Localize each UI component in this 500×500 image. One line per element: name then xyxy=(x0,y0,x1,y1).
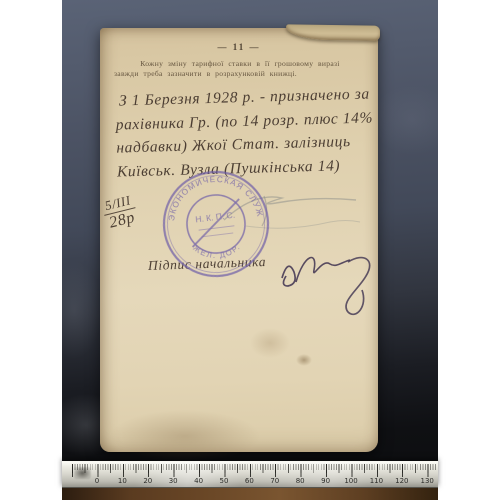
wood-table-strip xyxy=(62,488,438,500)
ruler-number: 60 xyxy=(245,477,254,485)
ruler-number: 80 xyxy=(296,477,305,485)
ruler-number: 10 xyxy=(118,477,127,485)
document-page: — 11 — Кожну зміну тарифної ставки в її … xyxy=(100,28,378,452)
ruler-ticks xyxy=(62,464,438,478)
paper-stain xyxy=(296,354,312,366)
ruler-number: 90 xyxy=(321,477,330,485)
ruler-number: 20 xyxy=(143,477,152,485)
printed-note-line2: завжди треба зазначити в розрахунковій к… xyxy=(112,69,368,79)
ruler-number: 70 xyxy=(270,477,279,485)
stamp-center-text: Н. К. П. С. xyxy=(195,210,236,225)
ruler-number: 100 xyxy=(344,477,357,485)
paper-stain xyxy=(250,328,290,358)
ruler-number: 0 xyxy=(95,477,99,485)
ruler-number: 30 xyxy=(169,477,178,485)
printed-note-line1: Кожну зміну тарифної ставки в її грошово… xyxy=(112,59,368,69)
ruler-number: 110 xyxy=(370,477,383,485)
ruler-number: 50 xyxy=(220,477,229,485)
ruler-number: 120 xyxy=(395,477,408,485)
ruler-number: 130 xyxy=(421,477,434,485)
paper-corner-curl xyxy=(286,24,380,40)
ruler: 0 10 20 30 40 50 60 70 80 90 100 110 120… xyxy=(62,461,438,488)
paper-stain xyxy=(110,410,260,462)
page-number: — 11 — xyxy=(100,42,378,52)
ruler-number: 40 xyxy=(194,477,203,485)
margin-date: 5/III 28р xyxy=(101,193,140,232)
official-stamp: ЭКОНОМИЧЕСКАЯ СЛУЖБА ЖЕЛ. ДОР. Н. К. П. … xyxy=(154,162,279,287)
printed-note: Кожну зміну тарифної ставки в її грошово… xyxy=(112,59,368,78)
margin-date-year: 28р xyxy=(105,210,140,231)
photo-frame: — 11 — Кожну зміну тарифної ставки в її … xyxy=(62,0,438,500)
director-signature xyxy=(278,232,382,324)
